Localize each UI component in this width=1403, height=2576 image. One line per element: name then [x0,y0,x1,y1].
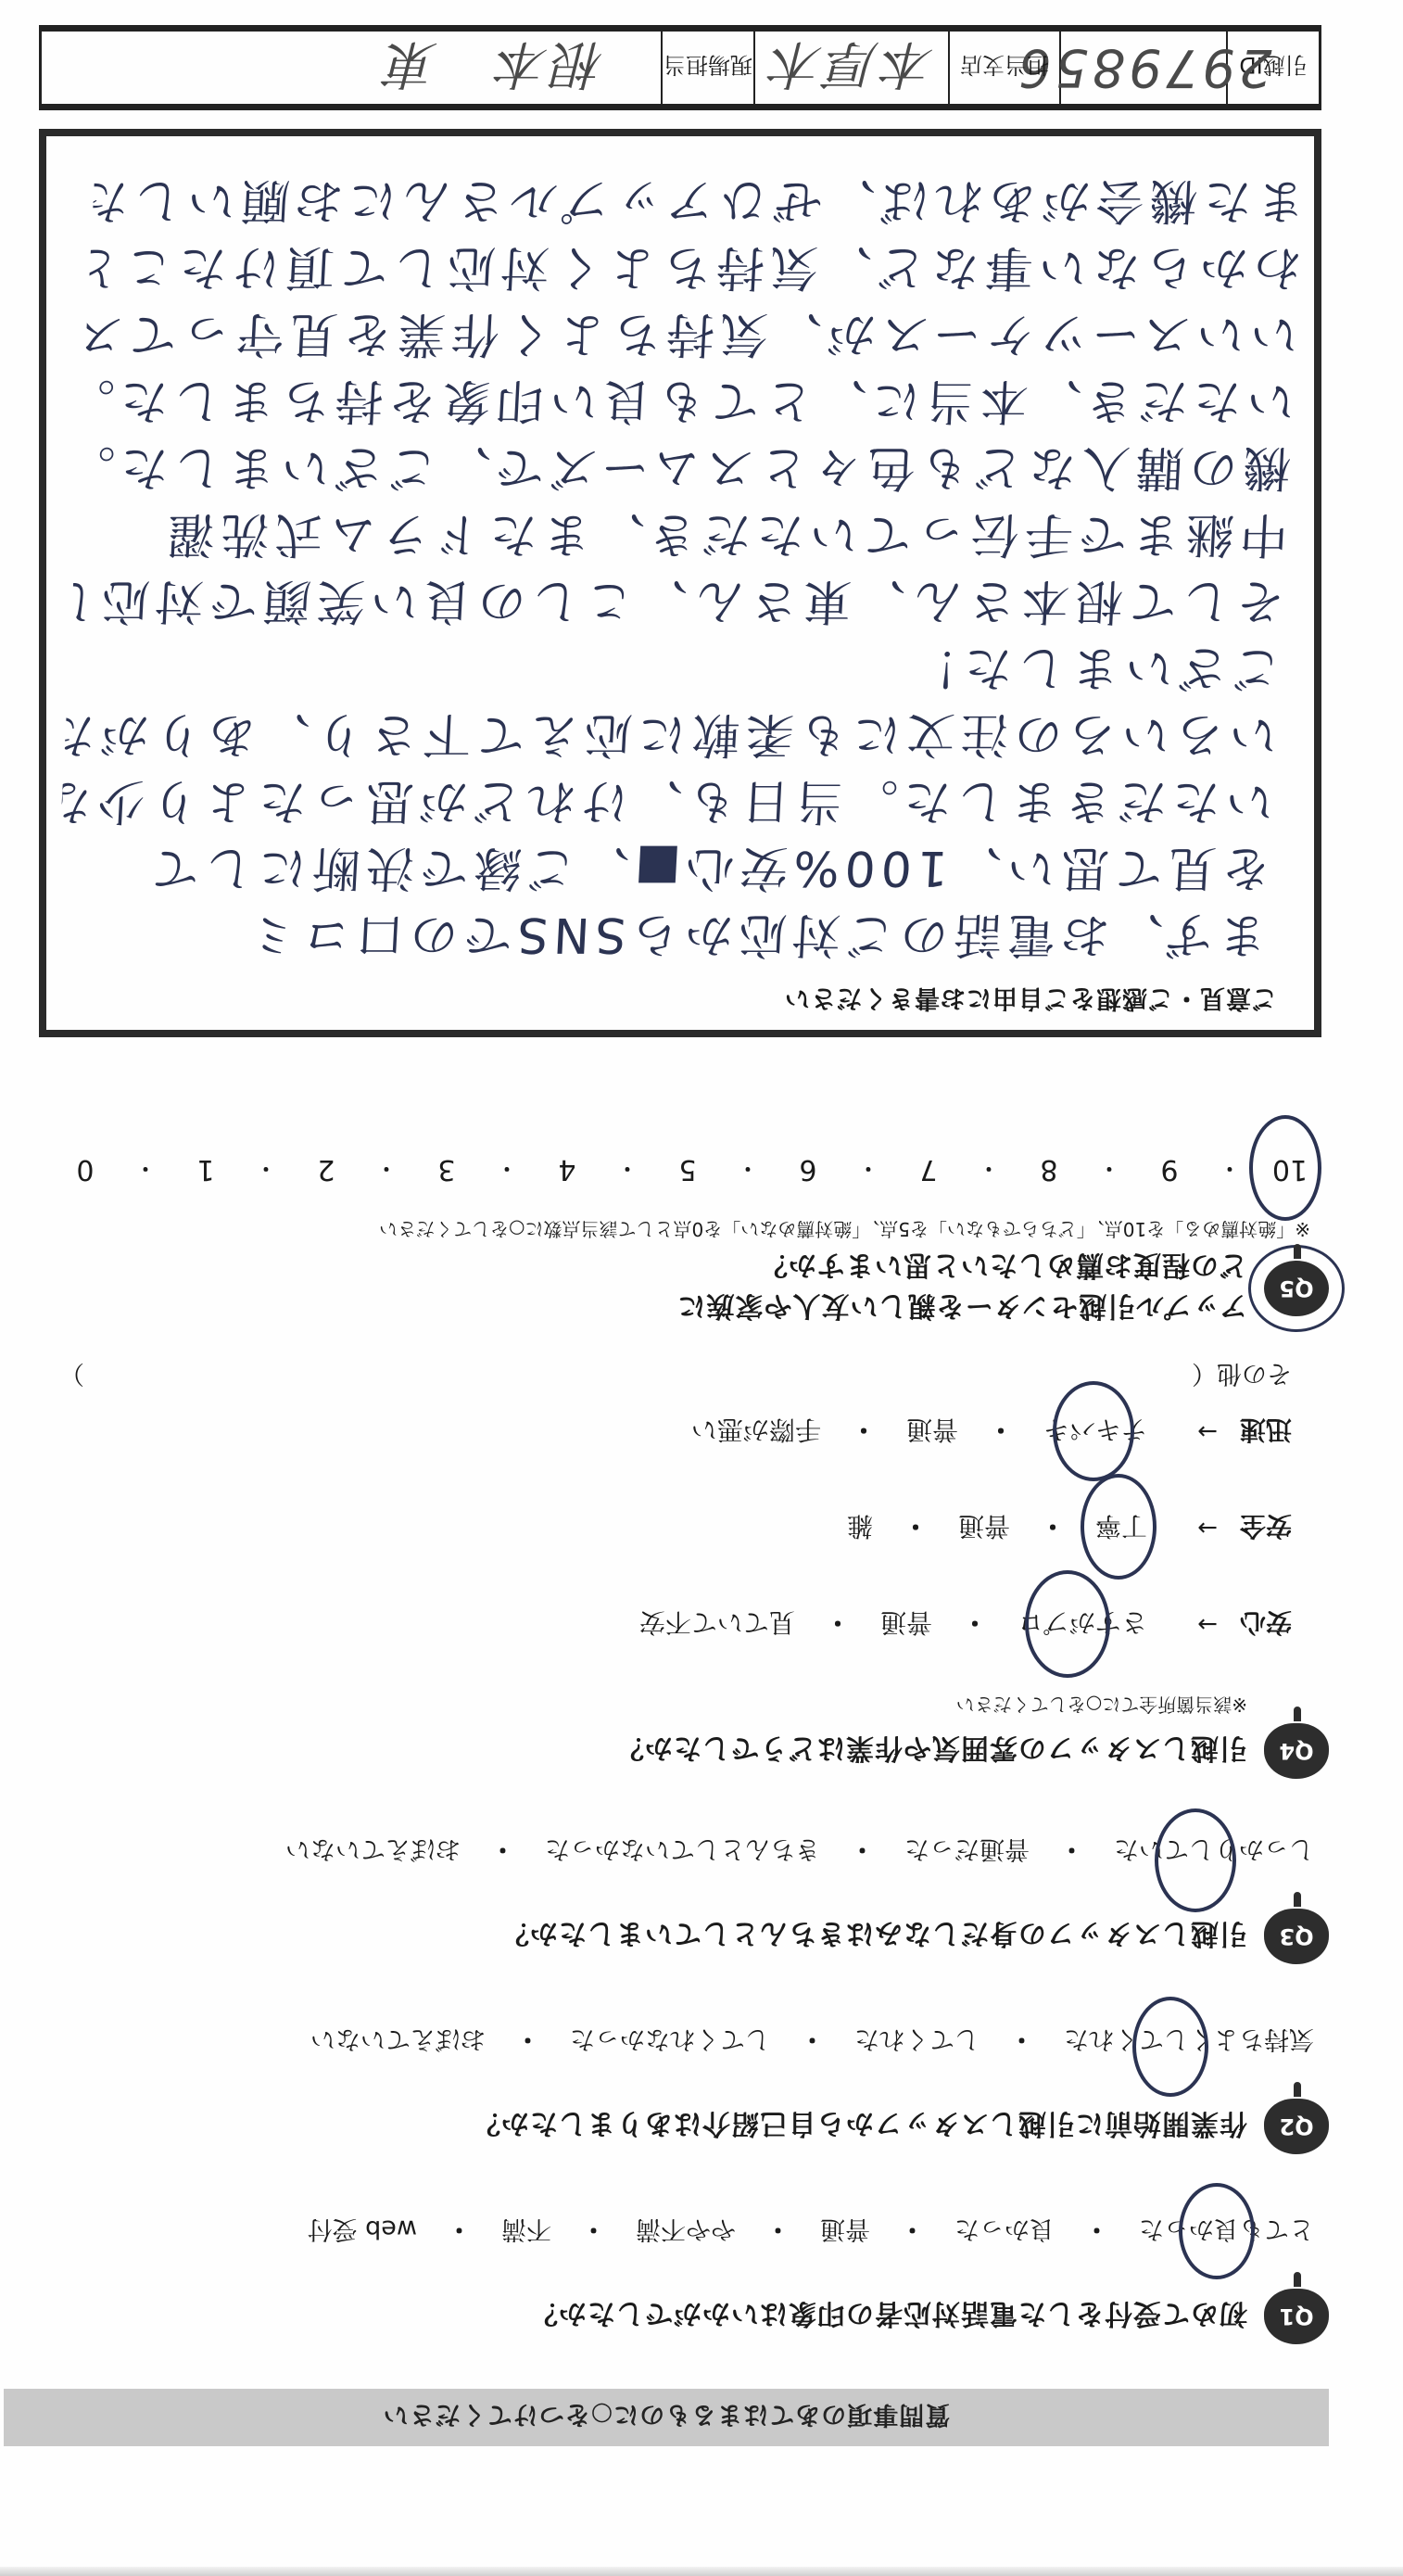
q2-option-pleasantly[interactable]: 気持ちよくしてくれた [1058,2024,1320,2060]
separator: ・ [801,1605,875,1643]
q4-option-clumsy[interactable]: 手際が悪い [686,1413,827,1450]
q3-option-dont-remember[interactable]: おぼえていない [280,1834,466,1870]
q5-text-line2: どの程度お薦めしたいと思いますか？ [677,1248,1248,1288]
separator: ・ [876,2214,949,2250]
comment-line: ございました！ [67,634,1283,701]
q4-row-speed: 迅速 → テキパキ ・ 普通 ・ 手際が悪い [50,1383,1292,1479]
q3-option-neat[interactable]: しっかりしていた [1108,1834,1320,1870]
comment-line: まず、お電話のご対応からSNSでの口コミ [53,901,1269,968]
question-q4: Q4 引越しスタッフの雰囲気や作業はどうでしたか？ ※該当箇所全てに○をしてくだ… [50,1383,1329,1779]
q1-option-slightly-unsatisfied[interactable]: やや不満 [630,2214,741,2250]
q2-text: 作業開始前に引越しスタッフから自己紹介はありましたか？ [472,2106,1247,2147]
separator: ・ [466,1834,539,1870]
q5-text-line1: アップル引越センターを親しい友人や家族に [677,1288,1248,1329]
q4-other: その他 （ ） [59,1358,1292,1394]
other-input[interactable] [84,1358,1192,1394]
instruction-banner: 質問事項のあてはまるものに○をつけてください [4,2389,1329,2446]
q4-option-normal[interactable]: 普通 [901,1413,964,1450]
arrow-icon: → [1153,1610,1218,1638]
q4-option-anxious[interactable]: 見ていて不安 [634,1605,801,1643]
scale-0[interactable]: 0 [65,1153,106,1186]
scale-5[interactable]: 5 [667,1153,708,1186]
row-category: 迅速 [1218,1413,1292,1450]
q1-option-normal[interactable]: 普通 [815,2214,876,2250]
q1-text: 初めて受付をした電話対応者の印象はいかがでしたか？ [529,2296,1247,2337]
scale-1[interactable]: 1 [185,1153,226,1186]
staff-value: 根本 東 [42,32,661,104]
separator: ・ [491,2024,564,2060]
comment-line: そして根本さん、東さん、こしの良い笑顔で対応して [70,567,1286,634]
q4-option-rough[interactable]: 雑 [841,1509,878,1546]
comment-box[interactable]: ご意見・ご感想をご自由にお書きください まず、お電話のご対応からSNSでの口コミ… [39,129,1321,1037]
separator: ・ [741,2214,815,2250]
q4-note: ※該当箇所全てに○をしてください [50,1693,1247,1719]
row-category: 安心 [1218,1605,1292,1643]
separator: ・ [1190,1155,1270,1184]
q2-option-did-not[interactable]: してくれなかった [564,2024,776,2060]
other-paren-open: （ [1192,1358,1217,1394]
q1-options: とても良かった ・ 良かった ・ 普通 ・ やや不満 ・ 不満 ・ web 受付 [50,2214,1320,2250]
survey-sheet: 質問事項のあてはまるものに○をつけてください Q1 初めて受付をした電話対応者の… [0,0,1403,2576]
q5-badge-icon: Q5 [1264,1261,1329,1316]
scale-8[interactable]: 8 [1029,1153,1069,1186]
branch-value: 本厚木 [753,32,948,104]
separator: ・ [1016,1509,1090,1546]
separator: ・ [964,1413,1038,1450]
separator: ・ [588,1155,667,1184]
q3-options: しっかりしていた ・ 普通だった ・ きちんとしていなかった ・ おぼえていない [50,1834,1320,1870]
scale-9[interactable]: 9 [1149,1153,1190,1186]
separator: ・ [347,1155,426,1184]
comment-line: 機の購入なども色々とスムーズで、ございました。(根本さんのアドバイス) [78,434,1294,501]
separator: ・ [826,1834,899,1870]
q1-badge-icon: Q1 [1264,2289,1329,2344]
comment-line: 中継まで手伝っていただき、またドラム式洗濯 [74,501,1290,567]
q4-row-safety: 安全 → 丁寧 ・ 普通 ・ 雑 [50,1479,1292,1576]
header-id-table: 引越ID 2979856 担当支店 本厚木 現場担当 根本 東 [39,25,1321,110]
separator: ・ [1035,1834,1108,1870]
q4-row-reassurance: 安心 → さすがプロ ・ 普通 ・ 見ていて不安 [50,1576,1292,1672]
scale-7[interactable]: 7 [908,1153,949,1186]
comment-line: また機会があれば、ぜひアップルさんにお願いしたいです。 [92,167,1308,234]
comment-line: いいスーツケースが、気持ちよく作業を見守ってスタートさせました。 [84,300,1300,367]
separator: ・ [1060,2214,1133,2250]
separator: ・ [938,1605,1012,1643]
other-paren-close: ） [59,1358,84,1394]
q1-option-good[interactable]: 良かった [949,2214,1060,2250]
q3-badge-icon: Q3 [1264,1909,1329,1964]
question-q5: Q5 アップル引越センターを親しい友人や家族に どの程度お薦めしたいと思いますか… [50,1217,1329,1329]
q1-option-web[interactable]: web 受付 [302,2214,423,2250]
question-q2: Q2 作業開始前に引越しスタッフから自己紹介はありましたか？ 気持ちよくしてくれ… [50,2024,1329,2154]
q3-option-not-neat[interactable]: きちんとしていなかった [539,1834,826,1870]
comment-title: ご意見・ご感想をご自由にお書きください [74,983,1277,1019]
scale-2[interactable]: 2 [306,1153,347,1186]
q2-badge-icon: Q2 [1264,2099,1329,2154]
arrow-icon: → [1153,1417,1218,1445]
row-category: 安全 [1218,1509,1292,1546]
question-q1: Q1 初めて受付をした電話対応者の印象はいかがでしたか？ とても良かった ・ 良… [50,2214,1329,2344]
q3-option-normal[interactable]: 普通だった [899,1834,1035,1870]
scale-10[interactable]: 10 [1270,1153,1310,1186]
separator: ・ [828,1155,908,1184]
q2-option-dont-remember[interactable]: おぼえていない [305,2024,491,2060]
q1-option-unsatisfied[interactable]: 不満 [496,2214,557,2250]
separator: ・ [827,1413,901,1450]
comment-line: いただき、本当に、とても良い印象を持ちました。 [82,367,1297,434]
q4-option-careful[interactable]: 丁寧 [1090,1509,1153,1546]
separator: ・ [557,2214,630,2250]
scale-3[interactable]: 3 [426,1153,467,1186]
q4-option-normal[interactable]: 普通 [953,1509,1016,1546]
separator: ・ [467,1155,547,1184]
q5-note: ※「絶対薦める」を10点、「どちらでもない」を5点、「絶対薦めない」を0点として… [50,1217,1310,1244]
separator: ・ [423,2214,496,2250]
q4-option-normal[interactable]: 普通 [875,1605,938,1643]
other-label: その他 [1217,1358,1292,1394]
scan-edge [0,2567,1403,2576]
separator: ・ [776,2024,849,2060]
staff-label: 現場担当 [661,32,753,104]
move-id-value: 2979856 [1059,32,1226,104]
q4-option-efficient[interactable]: テキパキ [1038,1413,1153,1450]
q1-option-very-good[interactable]: とても良かった [1133,2214,1320,2250]
separator: ・ [226,1155,306,1184]
separator: ・ [985,2024,1058,2060]
separator: ・ [949,1155,1029,1184]
separator: ・ [708,1155,788,1184]
separator: ・ [1069,1155,1149,1184]
q4-badge-icon: Q4 [1264,1723,1329,1779]
q4-text: 引越しスタッフの雰囲気や作業はどうでしたか？ [615,1731,1247,1771]
scale-4[interactable]: 4 [547,1153,588,1186]
q5-scale: 10 ・ 9 ・ 8 ・ 7 ・ 6 ・ 5 ・ 4 ・ 3 ・ 2 ・ 1 ・… [65,1153,1310,1186]
q4-option-professional[interactable]: さすがプロ [1012,1605,1153,1643]
comment-line: わからない事など、気持ちよく対応して頂けたことに感謝いたします!! [88,234,1304,300]
q3-text: 引越しスタッフの身だしなみはきちんとしていましたか？ [500,1916,1247,1957]
q2-options: 気持ちよくしてくれた ・ してくれた ・ してくれなかった ・ おぼえていない [50,2024,1320,2060]
branch-label: 担当支店 [948,32,1059,104]
comment-line: いろいろの注文にも柔軟に応えて下さり、ありがたく [64,701,1280,768]
comment-line: を見て思い、100%安心■、ご縁で決断にして [57,834,1272,901]
comment-line: いただきました。当日も、けれどが思ったより少なく [60,768,1276,834]
question-q3: Q3 引越しスタッフの身だしなみはきちんとしていましたか？ しっかりしていた ・… [50,1834,1329,1964]
arrow-icon: → [1153,1514,1218,1542]
separator: ・ [878,1509,953,1546]
q2-option-did[interactable]: してくれた [849,2024,985,2060]
scale-6[interactable]: 6 [788,1153,828,1186]
handwritten-comment: まず、お電話のご対応からSNSでの口コミ を見て思い、100%安心■、ご縁で決断… [53,167,1307,968]
separator: ・ [106,1155,185,1184]
